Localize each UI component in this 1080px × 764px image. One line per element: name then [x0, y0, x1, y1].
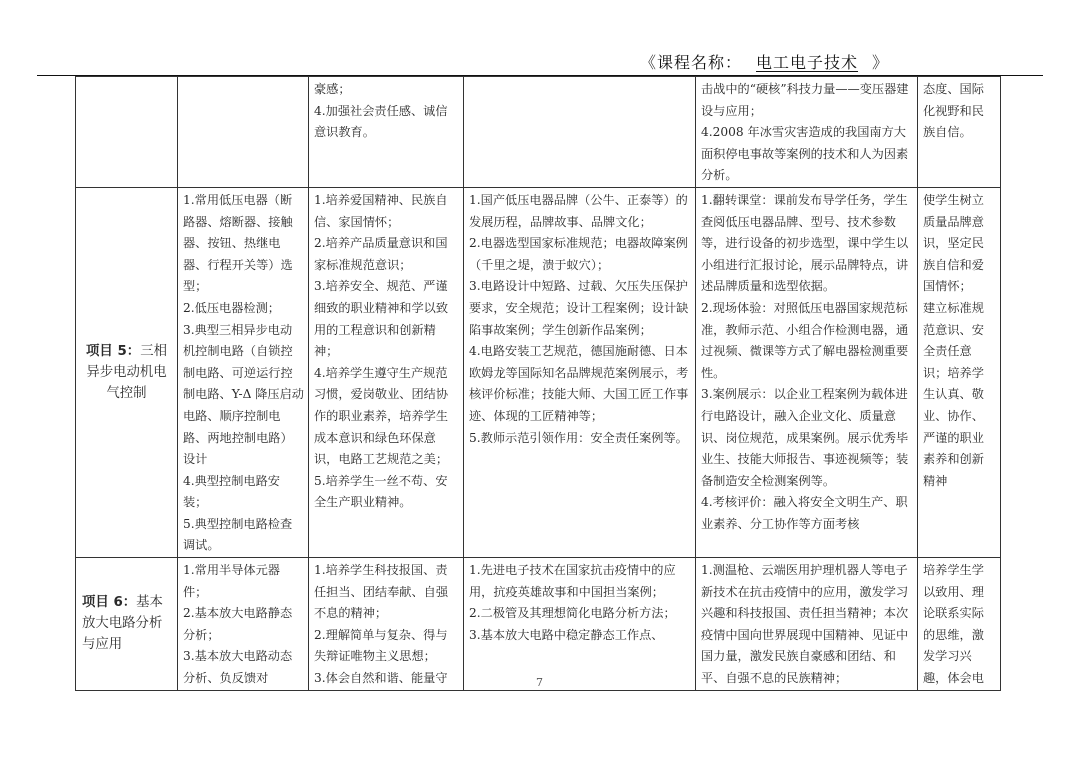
- cell-line: 4.加强社会责任感、诚信意识教育。: [314, 101, 459, 144]
- teaching-methods-cell: 1.测温枪、云端医用护理机器人等电子新技术在抗击疫情中的应用，激发学习兴趣和科技…: [696, 558, 918, 691]
- cell-line: 1.培养爱国精神、民族自信、家国情怀；: [314, 190, 459, 233]
- cell-line: 3.电路设计中短路、过载、欠压失压保护要求，安全规范；设计工程案例；设计缺陷事故…: [469, 276, 691, 341]
- cell-line: 4.典型控制电路安装；: [183, 471, 304, 514]
- cell-line: 2.低压电器检测；: [183, 298, 304, 320]
- page-number: 7: [536, 676, 543, 689]
- project-label-bold: 项目 6：: [82, 595, 136, 610]
- content-cell: 1.常用低压电器（断路器、熔断器、接触器、按钮、热继电器、行程开关等）选型；2.…: [178, 187, 309, 557]
- cell-line: 1.常用低压电器（断路器、熔断器、接触器、按钮、热继电器、行程开关等）选型；: [183, 190, 304, 298]
- cell-line: 2.电器选型国家标准规范；电器故障案例（千里之堤，溃于蚁穴）；: [469, 233, 691, 276]
- cell-line: 1.先进电子技术在国家抗击疫情中的应用，抗疫英雄故事和中国担当案例；: [469, 560, 691, 603]
- project-label-bold: 项目 5：: [86, 344, 140, 359]
- cell-line: 3.案例展示：以企业工程案例为载体进行电路设计，融入企业文化、质量意识、岗位规范…: [701, 384, 913, 492]
- expected-effect-cell: 态度、国际化视野和民族自信。: [918, 77, 1001, 188]
- cell-line: 1.培养学生科技报国、责任担当、团结奉献、自强不息的精神；: [314, 560, 459, 625]
- cell-line: 2.现场体验：对照低压电器国家规范标准，教师示范、小组合作检测电器，通过视频、微…: [701, 298, 913, 384]
- course-name: 电工电子技术: [742, 53, 872, 72]
- curriculum-table: 豪感；4.加强社会责任感、诚信意识教育。 击战中的“硬核”科技力量——变压器建设…: [75, 76, 1001, 691]
- cell-line: 1.国产低压电器品牌（公牛、正泰等）的发展历程，品牌故事、品牌文化；: [469, 190, 691, 233]
- cell-line: 培养学生学以致用、理论联系实际的思维，激发学习兴趣，体会电: [923, 560, 996, 690]
- cell-line: 使学生树立质量品牌意识，坚定民族自信和爱国情怀；: [923, 190, 996, 298]
- ideology-goals-cell: 1.培养爱国精神、民族自信、家国情怀；2.培养产品质量意识和国家标准规范意识；3…: [309, 187, 464, 557]
- project-cell: 项目 5：三相异步电动机电气控制: [76, 187, 178, 557]
- cell-line: 态度、国际化视野和民族自信。: [923, 79, 996, 144]
- ideology-elements-cell: [464, 77, 696, 188]
- cell-line: 1.翻转课堂：课前发布导学任务，学生查阅低压电器品牌、型号、技术参数等，进行设备…: [701, 190, 913, 298]
- cell-line: 2.培养产品质量意识和国家标准规范意识；: [314, 233, 459, 276]
- cell-line: 4.2008 年冰雪灾害造成的我国南方大面积停电事故等案例的技术和人为因素分析。: [701, 122, 913, 187]
- ideology-elements-cell: 1.国产低压电器品牌（公牛、正泰等）的发展历程，品牌故事、品牌文化；2.电器选型…: [464, 187, 696, 557]
- ideology-elements-cell: 1.先进电子技术在国家抗击疫情中的应用，抗疫英雄故事和中国担当案例；2.二极管及…: [464, 558, 696, 691]
- cell-line: 1.测温枪、云端医用护理机器人等电子新技术在抗击疫情中的应用，激发学习兴趣和科技…: [701, 560, 913, 690]
- cell-line: 5.培养学生一丝不苟、安全生产职业精神。: [314, 471, 459, 514]
- cell-line: 击战中的“硬核”科技力量——变压器建设与应用；: [701, 79, 913, 122]
- cell-line: 建立标准规范意识、安全责任意识；培养学生认真、敬业、协作、严谨的职业素养和创新精…: [923, 298, 996, 492]
- cell-line: 2.理解简单与复杂、得与失辩证唯物主义思想；: [314, 625, 459, 668]
- project-cell: 项目 6：基本放大电路分析与应用: [76, 558, 178, 691]
- cell-line: 豪感；: [314, 79, 459, 101]
- cell-line: 5.教师示范引领作用：安全责任案例等。: [469, 428, 691, 450]
- cell-line: 2.基本放大电路静态分析；: [183, 603, 304, 646]
- cell-line: 2.二极管及其理想简化电路分析方法；: [469, 603, 691, 625]
- cell-line: 3.典型三相异步电动机控制电路（自锁控制电路、可逆运行控制电路、Y-Δ 降压启动…: [183, 320, 304, 471]
- cell-line: 4.培养学生遵守生产规范习惯，爱岗敬业、团结协作的职业素养，培养学生成本意识和绿…: [314, 363, 459, 471]
- content-cell: 1.常用半导体元器件；2.基本放大电路静态分析；3.基本放大电路动态分析、负反馈…: [178, 558, 309, 691]
- cell-line: 3.基本放大电路中稳定静态工作点、: [469, 625, 691, 647]
- expected-effect-cell: 培养学生学以致用、理论联系实际的思维，激发学习兴趣，体会电: [918, 558, 1001, 691]
- content-cell: [178, 77, 309, 188]
- project-cell: [76, 77, 178, 188]
- cell-line: 1.常用半导体元器件；: [183, 560, 304, 603]
- expected-effect-cell: 使学生树立质量品牌意识，坚定民族自信和爱国情怀；建立标准规范意识、安全责任意识；…: [918, 187, 1001, 557]
- cell-line: 3.体会自然和谐、能量守: [314, 668, 459, 690]
- cell-line: 3.基本放大电路动态分析、负反馈对: [183, 646, 304, 689]
- cell-line: 4.考核评价：融入将安全文明生产、职业素养、分工协作等方面考核: [701, 492, 913, 535]
- ideology-goals-cell: 1.培养学生科技报国、责任担当、团结奉献、自强不息的精神；2.理解简单与复杂、得…: [309, 558, 464, 691]
- cell-line: 5.典型控制电路检查调试。: [183, 514, 304, 557]
- teaching-methods-cell: 1.翻转课堂：课前发布导学任务，学生查阅低压电器品牌、型号、技术参数等，进行设备…: [696, 187, 918, 557]
- table-row: 项目 6：基本放大电路分析与应用 1.常用半导体元器件；2.基本放大电路静态分析…: [76, 558, 1001, 691]
- teaching-methods-cell: 击战中的“硬核”科技力量——变压器建设与应用；4.2008 年冰雪灾害造成的我国…: [696, 77, 918, 188]
- course-title-header: 《课程名称：电工电子技术》: [640, 50, 889, 73]
- cell-line: 3.培养安全、规范、严谨细致的职业精神和学以致用的工程意识和创新精神；: [314, 276, 459, 362]
- table-row: 项目 5：三相异步电动机电气控制 1.常用低压电器（断路器、熔断器、接触器、按钮…: [76, 187, 1001, 557]
- ideology-goals-cell: 豪感；4.加强社会责任感、诚信意识教育。: [309, 77, 464, 188]
- table-row: 豪感；4.加强社会责任感、诚信意识教育。 击战中的“硬核”科技力量——变压器建设…: [76, 77, 1001, 188]
- cell-line: 4.电路安装工艺规范，德国施耐德、日本欧姆龙等国际知名品牌规范案例展示，考核评价…: [469, 341, 691, 427]
- course-title-prefix: 《课程名称：: [640, 53, 742, 72]
- course-title-suffix: 》: [872, 53, 889, 72]
